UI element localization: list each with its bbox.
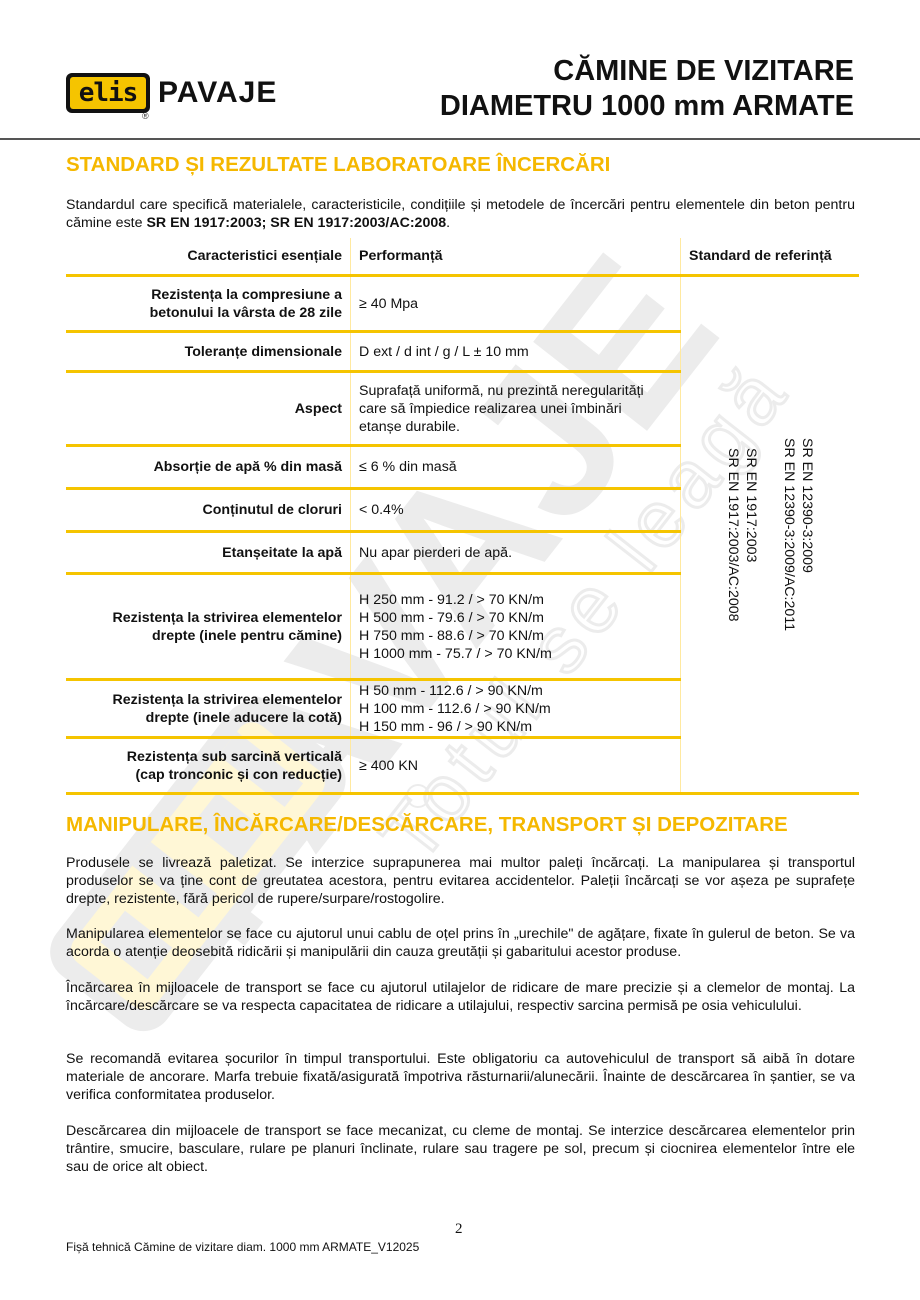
characteristic-line: Rezistența la strivirea elementelor <box>74 691 342 709</box>
performance-line: ≥ 40 Mpa <box>359 295 672 313</box>
footer-document-name: Fișă tehnică Cămine de vizitare diam. 10… <box>66 1240 419 1254</box>
performance-line: H 150 mm - 96 / > 90 KN/m <box>359 718 672 736</box>
title-line-1: CĂMINE DE VIZITARE <box>440 54 854 89</box>
characteristic-line: Toleranțe dimensionale <box>74 343 342 361</box>
characteristic-cell: Conținutul de cloruri <box>66 489 351 532</box>
page-number: 2 <box>455 1221 463 1238</box>
table-header-row: Caracteristici esențiale Performanță Sta… <box>66 238 859 276</box>
specifications-table: Caracteristici esențiale Performanță Sta… <box>66 238 859 795</box>
reference-standard: SR EN 1917:2003 <box>742 448 760 622</box>
header-characteristics: Caracteristici esențiale <box>66 238 351 276</box>
reference-standard: SR EN 12390-3:2009 <box>798 438 816 631</box>
performance-line: Nu apar pierderi de apă. <box>359 544 672 562</box>
table-row: Rezistența la compresiune abetonului la … <box>66 276 859 332</box>
performance-line: H 1000 mm - 75.7 / > 70 KN/m <box>359 645 672 663</box>
performance-line: care să împiedice realizarea unei îmbină… <box>359 400 672 418</box>
characteristic-line: Absorție de apă % din masă <box>74 458 342 476</box>
company-logo: elis ® PAVAJE <box>66 73 277 113</box>
handling-paragraph: Se recomandă evitarea șocurilor în timpu… <box>66 1050 855 1104</box>
characteristic-cell: Aspect <box>66 372 351 446</box>
elis-logo-icon: elis ® <box>66 73 150 113</box>
handling-paragraph: Manipularea elementelor se face cu ajuto… <box>66 925 855 961</box>
performance-cell: ≥ 40 Mpa <box>351 276 681 332</box>
page-header: elis ® PAVAJE CĂMINE DE VIZITARE DIAMETR… <box>0 0 920 140</box>
intro-end: . <box>446 215 450 231</box>
logo-text: PAVAJE <box>158 76 277 110</box>
characteristic-line: Aspect <box>74 400 342 418</box>
performance-line: H 250 mm - 91.2 / > 70 KN/m <box>359 591 672 609</box>
performance-line: ≤ 6 % din masă <box>359 458 672 476</box>
characteristic-line: drepte (inele pentru cămine) <box>74 627 342 645</box>
performance-line: H 100 mm - 112.6 / > 90 KN/m <box>359 700 672 718</box>
characteristic-line: (cap tronconic și con reducție) <box>74 766 342 784</box>
characteristic-cell: Rezistența la strivirea elementelordrept… <box>66 680 351 738</box>
performance-line: < 0.4% <box>359 501 672 519</box>
header-divider <box>0 138 920 140</box>
performance-cell: ≤ 6 % din masă <box>351 446 681 489</box>
logo-mark-text: elis <box>70 77 146 109</box>
handling-paragraph: Produsele se livrează paletizat. Se inte… <box>66 854 855 908</box>
reference-standard: SR EN 12390-3:2009/AC:2011 <box>780 438 798 631</box>
performance-cell: D ext / d int / g / L ± 10 mm <box>351 332 681 372</box>
performance-line: Suprafață uniformă, nu prezintă neregula… <box>359 382 672 400</box>
performance-line: H 750 mm - 88.6 / > 70 KN/m <box>359 627 672 645</box>
standards-intro: Standardul care specifică materialele, c… <box>66 196 855 232</box>
document-title: CĂMINE DE VIZITARE DIAMETRU 1000 mm ARMA… <box>440 54 854 124</box>
performance-line: H 50 mm - 112.6 / > 90 KN/m <box>359 682 672 700</box>
reference-standard: SR EN 1917:2003/AC:2008 <box>724 448 742 622</box>
handling-paragraph: Descărcarea din mijloacele de transport … <box>66 1122 855 1176</box>
characteristic-line: betonului la vârsta de 28 zile <box>74 304 342 322</box>
section-title-standards: STANDARD ȘI REZULTATE LABORATOARE ÎNCERC… <box>66 153 610 177</box>
header-reference-standard: Standard de referință <box>681 238 860 276</box>
performance-line: etanșe durabile. <box>359 418 672 436</box>
characteristic-line: Rezistența la compresiune a <box>74 286 342 304</box>
performance-cell: Nu apar pierderi de apă. <box>351 532 681 574</box>
registered-icon: ® <box>142 111 149 121</box>
performance-cell: Suprafață uniformă, nu prezintă neregula… <box>351 372 681 446</box>
header-performance: Performanță <box>351 238 681 276</box>
performance-line: D ext / d int / g / L ± 10 mm <box>359 343 672 361</box>
characteristic-line: Rezistența la strivirea elementelor <box>74 609 342 627</box>
performance-line: ≥ 400 KN <box>359 757 672 775</box>
characteristic-cell: Etanșeitate la apă <box>66 532 351 574</box>
characteristic-line: Rezistența sub sarcină verticală <box>74 748 342 766</box>
performance-cell: < 0.4% <box>351 489 681 532</box>
characteristic-line: Conținutul de cloruri <box>74 501 342 519</box>
performance-cell: H 250 mm - 91.2 / > 70 KN/mH 500 mm - 79… <box>351 574 681 680</box>
performance-line: H 500 mm - 79.6 / > 70 KN/m <box>359 609 672 627</box>
characteristic-cell: Rezistența sub sarcină verticală(cap tro… <box>66 738 351 794</box>
characteristic-cell: Rezistența la compresiune abetonului la … <box>66 276 351 332</box>
reference-standards-cell: SR EN 12390-3:2009SR EN 12390-3:2009/AC:… <box>681 276 860 794</box>
performance-cell: ≥ 400 KN <box>351 738 681 794</box>
characteristic-cell: Absorție de apă % din masă <box>66 446 351 489</box>
intro-standards: SR EN 1917:2003; SR EN 1917:2003/AC:2008 <box>146 215 446 231</box>
handling-paragraph: Încărcarea în mijloacele de transport se… <box>66 979 855 1015</box>
characteristic-line: Etanșeitate la apă <box>74 544 342 562</box>
title-line-2: DIAMETRU 1000 mm ARMATE <box>440 89 854 124</box>
characteristic-cell: Rezistența la strivirea elementelordrept… <box>66 574 351 680</box>
performance-cell: H 50 mm - 112.6 / > 90 KN/mH 100 mm - 11… <box>351 680 681 738</box>
characteristic-cell: Toleranțe dimensionale <box>66 332 351 372</box>
section-title-handling: MANIPULARE, ÎNCĂRCARE/DESCĂRCARE, TRANSP… <box>66 813 788 837</box>
characteristic-line: drepte (inele aducere la cotă) <box>74 709 342 727</box>
